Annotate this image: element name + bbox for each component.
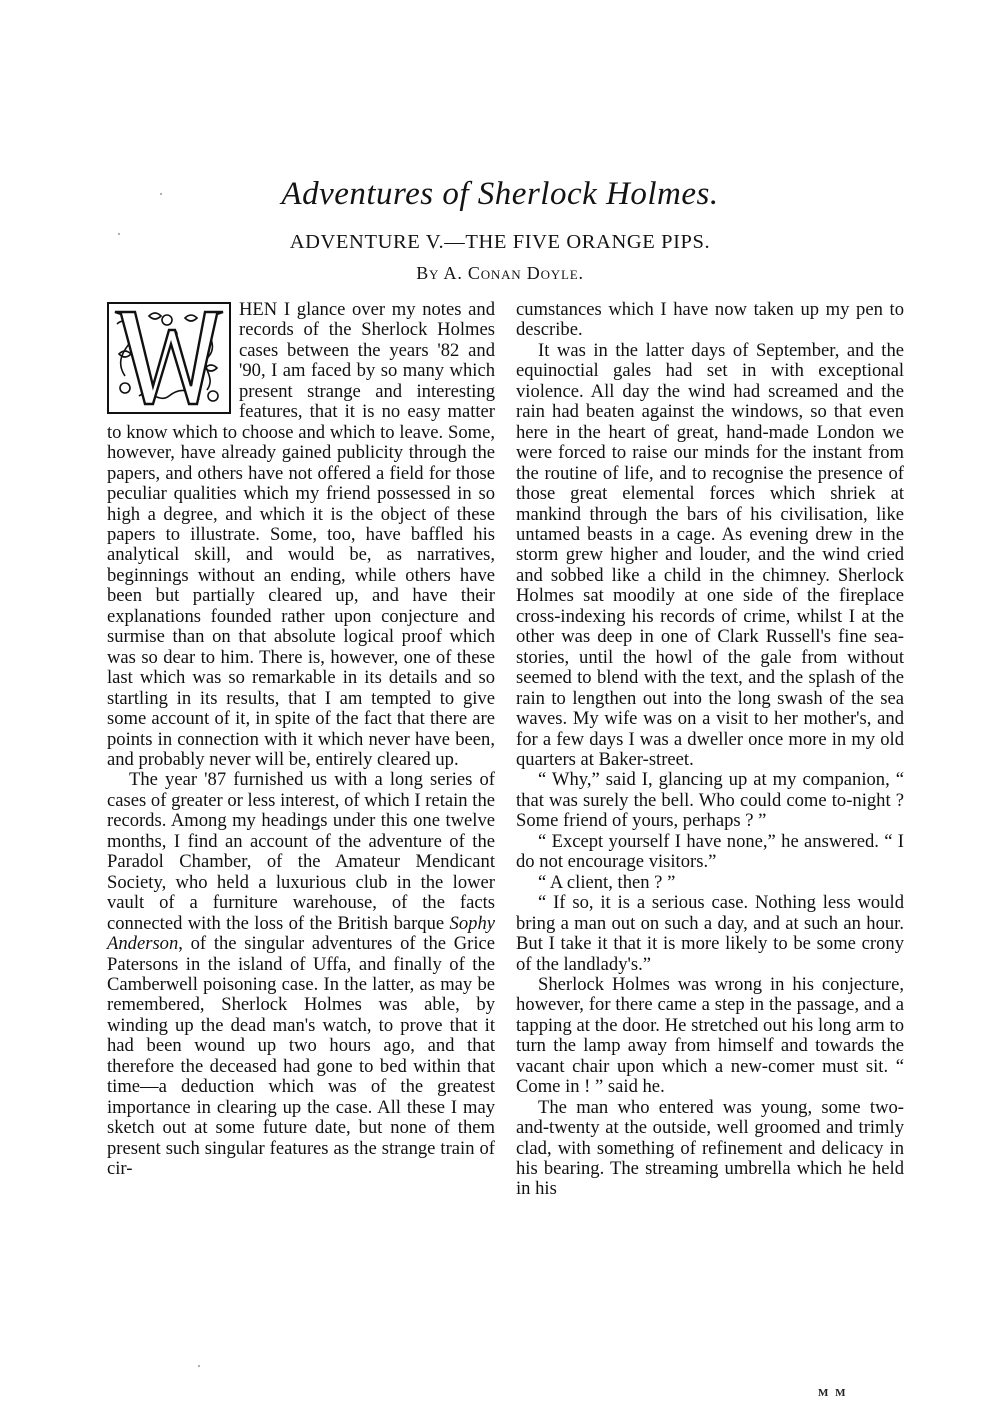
paragraph-text: The year '87 furnished us with a long se… bbox=[107, 769, 495, 933]
paragraph-dialogue: “ A client, then ? ” bbox=[516, 873, 904, 893]
signature-mark: M M bbox=[818, 1387, 848, 1399]
opening-word: HEN bbox=[239, 299, 277, 320]
paragraph-text: , of the singular adventures of the Gric… bbox=[107, 933, 495, 1179]
opening-paragraph: HEN I glance over my notes and records o… bbox=[107, 300, 495, 770]
left-column: HEN I glance over my notes and records o… bbox=[107, 300, 495, 1179]
paragraph-dialogue: “ Except yourself I have none,” he answe… bbox=[516, 832, 904, 873]
print-speck bbox=[160, 193, 162, 195]
paragraph-narrative: The man who entered was young, some two-… bbox=[516, 1098, 904, 1200]
paragraph-dialogue: “ Why,” said I, glancing up at my compan… bbox=[516, 770, 904, 831]
paragraph-september: It was in the latter days of September, … bbox=[516, 341, 904, 771]
paragraph-narrative: Sherlock Holmes was wrong in his conject… bbox=[516, 975, 904, 1098]
ornamental-drop-cap-icon bbox=[107, 302, 231, 414]
adventure-title: ADVENTURE V.—THE FIVE ORANGE PIPS. bbox=[0, 231, 1000, 254]
paragraph-dialogue: “ If so, it is a serious case. Nothing l… bbox=[516, 893, 904, 975]
print-speck bbox=[198, 1365, 200, 1367]
series-title: Adventures of Sherlock Holmes. bbox=[0, 176, 1000, 213]
floral-ornament-icon bbox=[109, 304, 229, 412]
print-speck bbox=[118, 233, 120, 235]
right-column: cumstances which I have now taken up my … bbox=[516, 300, 904, 1200]
author-byline: By A. Conan Doyle. bbox=[0, 263, 1000, 284]
paragraph-continuation: cumstances which I have now taken up my … bbox=[516, 300, 904, 341]
paragraph-year-87: The year '87 furnished us with a long se… bbox=[107, 770, 495, 1179]
